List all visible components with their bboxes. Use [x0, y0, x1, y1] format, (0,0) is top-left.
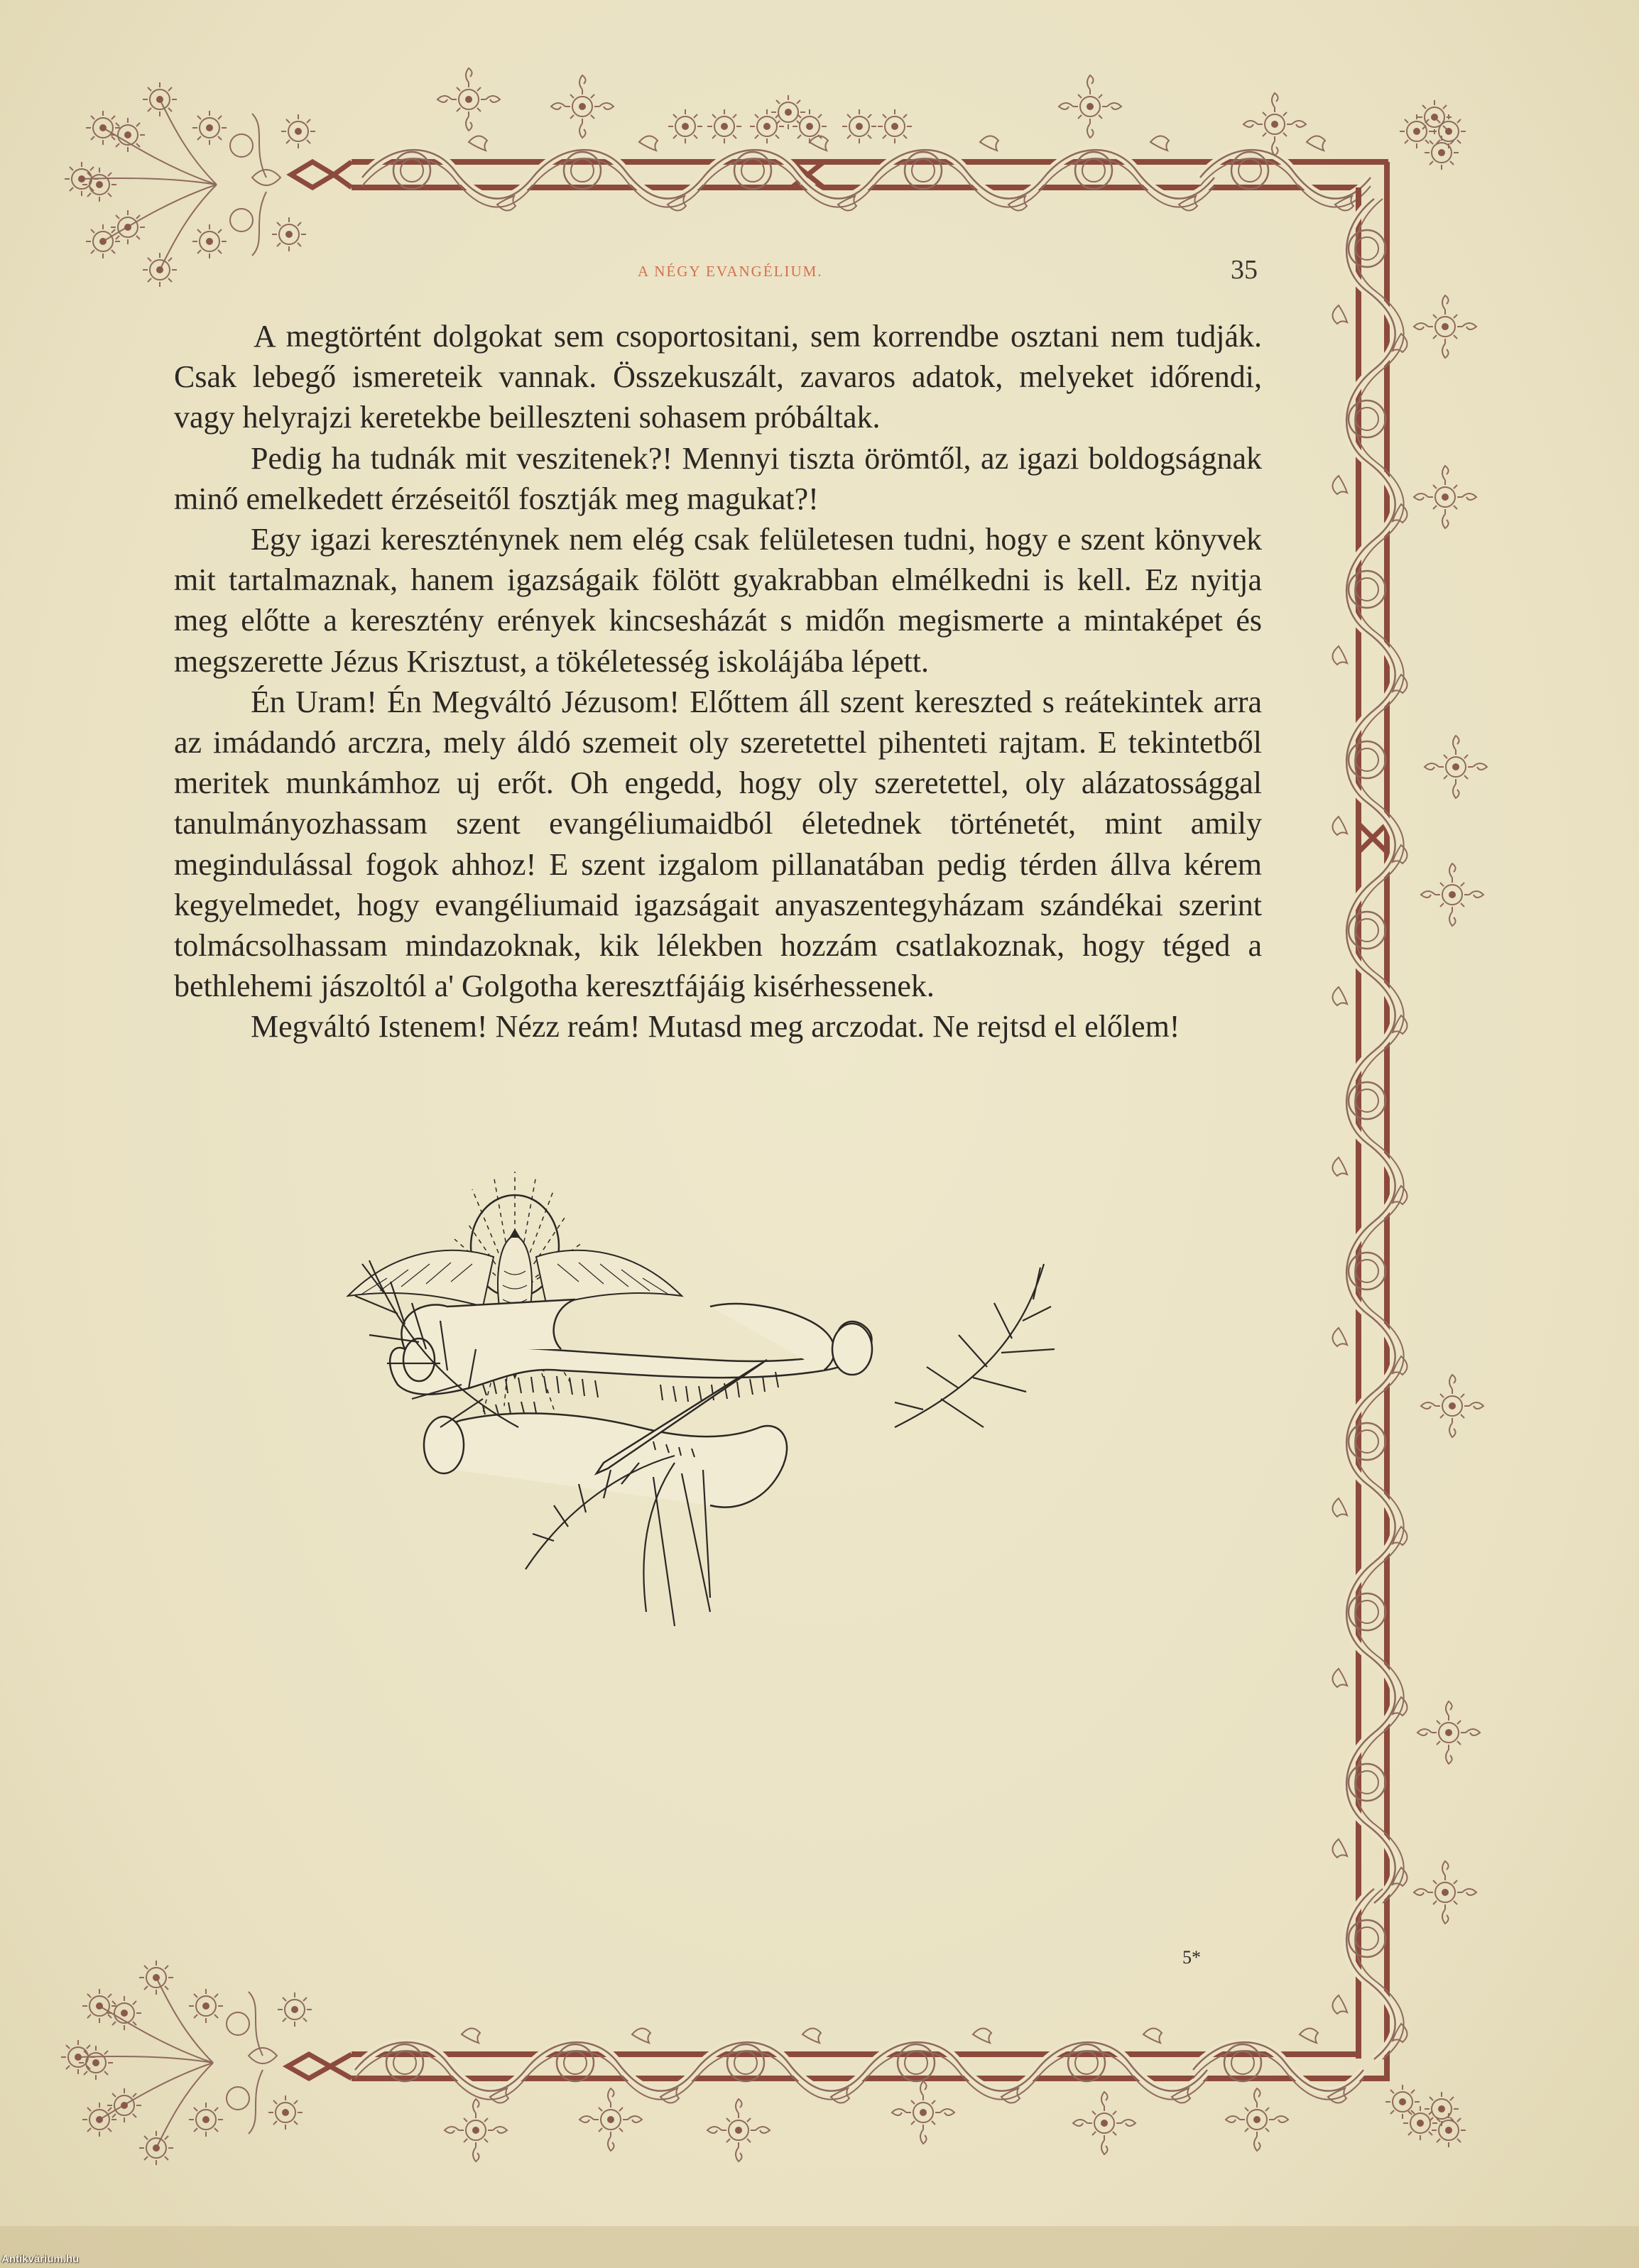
- dove-scroll-illustration: [341, 1172, 1108, 1633]
- running-title: A NÉGY EVANGÉLIUM.: [638, 263, 823, 280]
- paragraph-4: Én Uram! Én Megváltó Jézusom! Előttem ál…: [174, 682, 1262, 1007]
- paragraph-5: Megváltó Istenem! Nézz reám! Mutasd meg …: [174, 1006, 1262, 1047]
- right-border: [1332, 162, 1487, 2079]
- bottom-border: [61, 1961, 1466, 2165]
- paragraph-1: A megtörtént dolgokat sem csoportositani…: [174, 316, 1262, 438]
- paragraph-3: Egy igazi keresztény­nek nem elég csak f…: [174, 519, 1262, 682]
- running-head: A NÉGY EVANGÉLIUM. 35: [0, 260, 1639, 288]
- page-number: 35: [1231, 254, 1258, 285]
- paragraph-2: Pedig ha tudnák mit veszitenek?! Mennyi …: [174, 438, 1262, 519]
- scroll-icon: [390, 1299, 872, 1508]
- watermark: Antikvárium.hu: [1, 2253, 79, 2265]
- signature-mark: 5*: [1182, 1947, 1201, 1968]
- scan-edge-band: [0, 2226, 1639, 2268]
- body-text: A megtörtént dolgokat sem csoportositani…: [174, 316, 1262, 1047]
